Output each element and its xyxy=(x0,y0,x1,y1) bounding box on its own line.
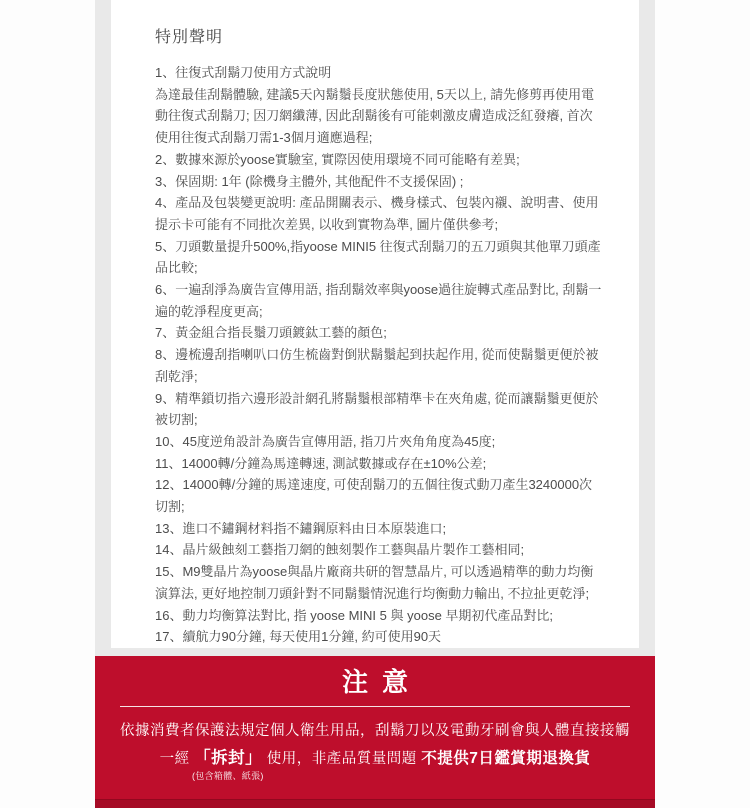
notice-line2: 一經 「拆封」 使用，非產品質量問題 不提供7日鑑賞期退換貨 xyxy=(105,744,645,768)
statement-item-7: 7、黃金組合指長鬚刀頭鍍鈦工藝的顏色; xyxy=(155,322,605,344)
notice-divider xyxy=(120,706,630,707)
special-statement-card: 特別聲明 1、往復式刮鬍刀使用方式說明 為達最佳刮鬍體驗, 建議5天內鬍鬚長度狀… xyxy=(111,0,639,648)
statement-item-8: 8、邊梳邊刮指喇叭口仿生梳齒對倒狀鬍鬚起到扶起作用, 從而使鬍鬚更便於被刮乾淨; xyxy=(155,344,605,387)
notice-footnote: (包含箱體、紙張) xyxy=(192,769,655,782)
statement-item-1: 1、往復式刮鬍刀使用方式說明 為達最佳刮鬍體驗, 建議5天內鬍鬚長度狀態使用, … xyxy=(155,62,605,149)
statement-item-4: 4、產品及包裝變更說明: 產品開關表示、機身樣式、包裝內襯、說明書、使用提示卡可… xyxy=(155,192,605,235)
statement-item-16: 16、動力均衡算法對比, 指 yoose MINI 5 與 yoose 早期初代… xyxy=(155,605,605,627)
statement-title: 特別聲明 xyxy=(155,24,605,47)
statement-item-10: 10、45度逆角設計為廣告宣傳用語, 指刀片夾角角度為45度; xyxy=(155,431,605,453)
statement-item-11: 11、14000轉/分鐘為馬達轉速, 測試數據或存在±10%公差; xyxy=(155,453,605,475)
notice-panel: 注意 依據消費者保護法規定個人衛生用品，刮鬍刀以及電動牙刷會與人體直接接觸 一經… xyxy=(95,656,655,808)
notice-line2-mid: 使用，非產品質量問題 xyxy=(262,751,421,767)
statement-item-15: 15、M9雙晶片為yoose與晶片廠商共研的智慧晶片, 可以透過精準的動力均衡演… xyxy=(155,561,605,604)
statement-item-9: 9、精準鎖切指六邊形設計網孔將鬍鬚根部精準卡在夾角處, 從而讓鬍鬚更便於被切割; xyxy=(155,388,605,431)
bottom-strip xyxy=(95,799,655,808)
notice-line2-pre: 一經 xyxy=(160,751,195,767)
statement-item-13: 13、進口不鏽鋼材料指不鏽鋼原料由日本原裝進口; xyxy=(155,518,605,540)
content-column: 特別聲明 1、往復式刮鬍刀使用方式說明 為達最佳刮鬍體驗, 建議5天內鬍鬚長度狀… xyxy=(95,0,655,808)
statement-item-2: 2、數據來源於yoose實驗室, 實際因使用環境不同可能略有差異; xyxy=(155,149,605,171)
statement-item-6: 6、一遍刮淨為廣告宣傳用語, 指刮鬍效率與yoose過往旋轉式產品對比, 刮鬍一… xyxy=(155,279,605,322)
notice-line1: 依據消費者保護法規定個人衛生用品，刮鬍刀以及電動牙刷會與人體直接接觸 xyxy=(105,719,645,740)
unseal-emphasis: 「拆封」 xyxy=(194,749,262,767)
statement-item-17: 17、續航力90分鐘, 每天使用1分鐘, 約可使用90天 xyxy=(155,626,605,648)
statement-item-3: 3、保固期: 1年 (除機身主體外, 其他配件不支援保固) ; xyxy=(155,171,605,193)
statement-item-5: 5、刀頭數量提升500%,指yoose MINI5 往復式刮鬍刀的五刀頭與其他單… xyxy=(155,236,605,279)
notice-title: 注意 xyxy=(95,656,655,698)
statement-item-12: 12、14000轉/分鐘的馬達速度, 可使刮鬍刀的五個往復式動刀產生324000… xyxy=(155,474,605,517)
no-return-emphasis: 不提供7日鑑賞期退換貨 xyxy=(421,750,590,767)
statement-item-14: 14、晶片級蝕刻工藝指刀網的蝕刻製作工藝與晶片製作工藝相同; xyxy=(155,539,605,561)
